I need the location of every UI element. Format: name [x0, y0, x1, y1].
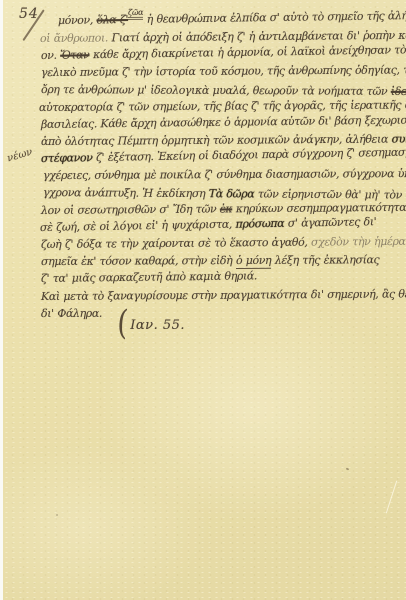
handwritten-segment: ὁ μόνη [236, 254, 271, 269]
handwritten-segment: ζωὴ ζ' δόξα τε τὴν χαίρονται σὲ τὸ ἕκαστ… [41, 236, 311, 251]
date-note: Ιαν. 55. [130, 318, 185, 333]
manuscript-page: 54 μόνον, ὅλα ζ'ζῶα ἡ θεανθρώπινα ἐλπίδα… [3, 0, 406, 600]
handwritten-segment: ἡ θεανθρώπινα ἐλπίδα σ' αὐτὸ τὸ σημεῖο τ… [143, 8, 406, 26]
scanned-manuscript: { "document": { "page_number": "54", "ma… [0, 0, 406, 600]
handwritten-segment: γελικὸ πνεῦμα ζ' τὴν ἱστορία τοῦ κόσμου,… [41, 63, 406, 79]
handwritten-segment: γχρονα ἀνάπτυξη. Ἡ ἐκδίκηση [43, 186, 209, 200]
handwritten-segment: ἐκ [220, 202, 232, 215]
handwritten-segment: μόνον, [58, 13, 97, 27]
handwritten-line: δι' Φάληρα. [41, 305, 102, 322]
handwritten-segment: Ὅταν [60, 48, 89, 61]
handwritten-segment: δι' Φάληρα. [41, 307, 102, 320]
handwritten-segment: πρόσωπα [235, 217, 284, 231]
handwritten-segment: κάθε ἄρχη διακρίνεται ἡ ἁρμονία, οἱ λαϊκ… [89, 43, 406, 61]
handwritten-segment: σημεῖα ἐκ' τόσον καθαρά, στὴν εἰδὴ [41, 254, 236, 268]
handwritten-line: ζωὴ ζ' δόξα τε τὴν χαίρονται σὲ τὸ ἕκαστ… [41, 233, 406, 253]
handwritten-segment: σὲ ζωή, σὲ οἱ λόγοι εἰ' ἡ ψυχάριστα, [40, 218, 236, 234]
handwritten-line: ζ' τα' μιᾶς σαρκαζευτῆ ἀπὸ καμιὰ θηριά. [41, 267, 257, 287]
manuscript-lines: μόνον, ὅλα ζ'ζῶα ἡ θεανθρώπινα ἐλπίδα σ'… [3, 0, 406, 600]
handwritten-segment: ζ' ἐξέταση. Ἐκείνη οἱ διαδόχοι παρὰ σύγχ… [92, 145, 406, 164]
date-note-block: ( Ιαν. 55. [116, 306, 185, 340]
handwritten-line: μόνον, ὅλα ζ'ζῶα ἡ θεανθρώπινα ἐλπίδα σ'… [58, 6, 406, 29]
handwritten-segment: Καὶ μετὰ τὸ ξαναγυρίσουμε στὴν πραγματικ… [41, 287, 406, 303]
handwritten-line: γελικὸ πνεῦμα ζ' τὴν ἱστορία τοῦ κόσμου,… [41, 61, 406, 81]
handwritten-segment: λον οἱ σεσωτηρισθῶν σ' Ἴδη τῶν [41, 202, 220, 217]
handwritten-segment: ὄρη τε ἀνθρώπων μ' ἰδεολογικὰ μυαλά, θεω… [41, 83, 391, 98]
dust-speck [56, 514, 58, 516]
handwritten-segment: ὅλα ζ' [96, 13, 128, 26]
handwritten-segment: ζ' τα' μιᾶς σαρκαζευτῆ ἀπὸ καμιὰ θηριά. [41, 269, 257, 285]
handwritten-segment: οἱ ἄνθρωποι. [40, 31, 108, 45]
handwritten-segment: ζῶα [128, 9, 143, 20]
date-paren-mark: ( [116, 306, 129, 341]
handwritten-segment: γχέρειες, σύνθημα μὲ ποικίλα ζ' σύνθημα … [43, 167, 406, 182]
handwritten-line: βασιλείας. Κάθε ἄρχη ἀνασώθηκε ὁ ἁρμονία… [41, 111, 406, 133]
handwritten-segment: Τὰ δῶρα [209, 187, 255, 200]
handwritten-segment: βασιλείας. Κάθε ἄρχη ἀνασώθηκε ὁ ἁρμονία… [41, 113, 406, 131]
handwritten-segment: λέξη τῆς ἐκκλησίας [271, 253, 379, 267]
handwritten-segment: σ' ἀγαπῶντες δι' [284, 215, 376, 230]
handwritten-segment: στέφανον [41, 151, 93, 165]
handwritten-line: γχέρειες, σύνθημα μὲ ποικίλα ζ' σύνθημα … [43, 165, 406, 184]
handwritten-line: Καὶ μετὰ τὸ ξαναγυρίσουμε στὴν πραγματικ… [41, 285, 406, 305]
handwritten-segment: ον. [41, 49, 60, 62]
handwritten-segment: σχεδὸν τὴν ἡμέρα [311, 235, 406, 249]
